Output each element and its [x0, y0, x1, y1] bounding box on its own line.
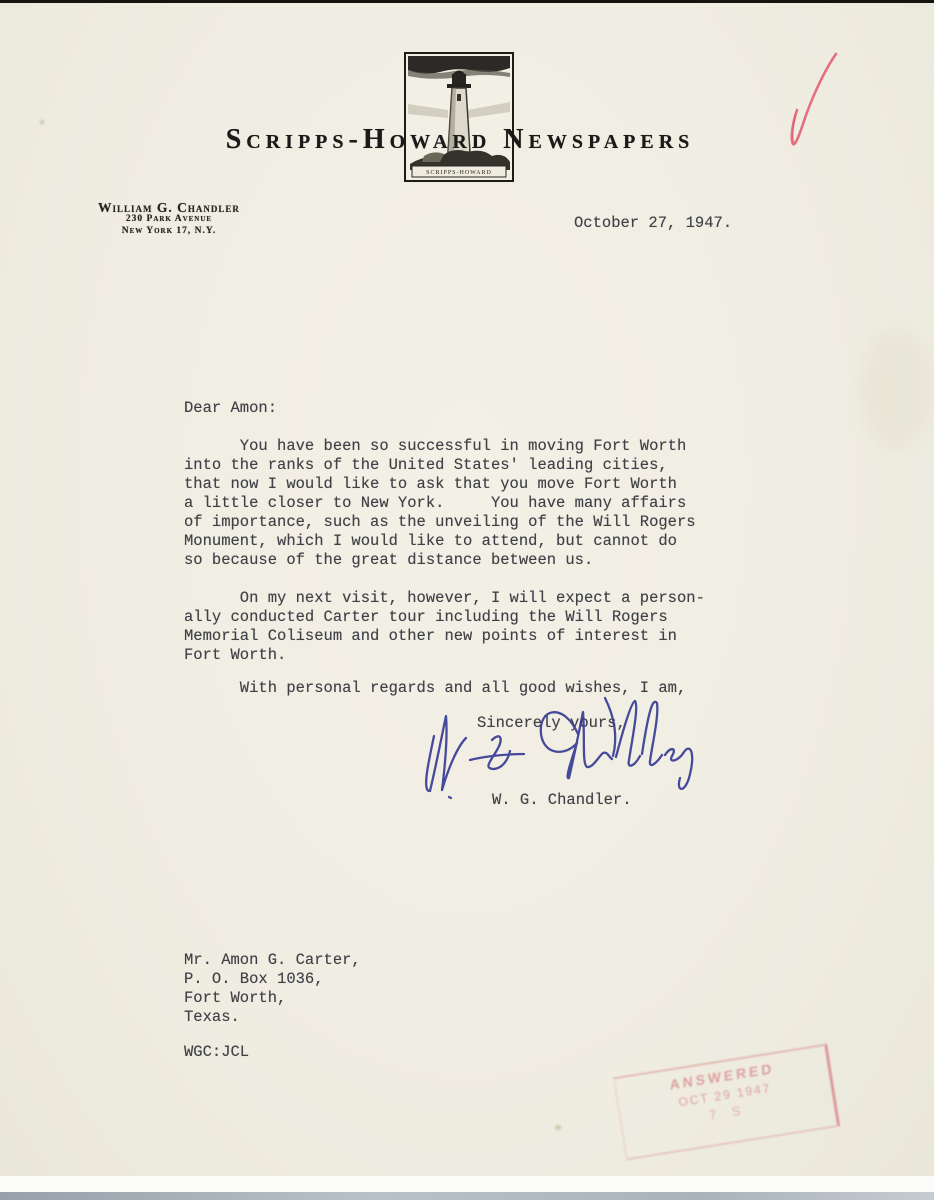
sender-address-line1: 230 Park Avenue — [76, 214, 262, 226]
typed-signature-name: W. G. Chandler. — [492, 791, 632, 810]
recipient-address-block: Mr. Amon G. Carter, P. O. Box 1036, Fort… — [184, 951, 361, 1027]
scan-background-edge — [0, 1192, 934, 1200]
sender-address-line2: New York 17, N.Y. — [76, 226, 262, 238]
letterhead-logo: SCRIPPS-HOWARD — [404, 52, 514, 182]
salutation: Dear Amon: — [184, 399, 277, 418]
lighthouse-icon: SCRIPPS-HOWARD — [404, 52, 514, 182]
sender-name: William G. Chandler — [76, 201, 262, 214]
reference-initials: WGC:JCL — [184, 1043, 249, 1062]
red-checkmark-annotation — [768, 46, 852, 158]
scanned-letter-page: { "letterhead": { "brand": "Scripps-Howa… — [0, 0, 934, 1200]
age-spot — [860, 330, 930, 450]
date-line: October 27, 1947. — [574, 214, 732, 233]
body-paragraph-2: On my next visit, however, I will expect… — [184, 589, 705, 665]
sender-block: William G. Chandler 230 Park Avenue New … — [76, 201, 262, 237]
scan-paper-edge — [0, 1176, 934, 1192]
logo-motto-text: SCRIPPS-HOWARD — [426, 170, 492, 176]
scan-edge-top — [0, 0, 934, 3]
age-spot — [555, 1125, 561, 1130]
body-paragraph-1: You have been so successful in moving Fo… — [184, 437, 696, 570]
archive-stamp: ANSWERED OCT 29 1947 7 S — [613, 1044, 840, 1161]
